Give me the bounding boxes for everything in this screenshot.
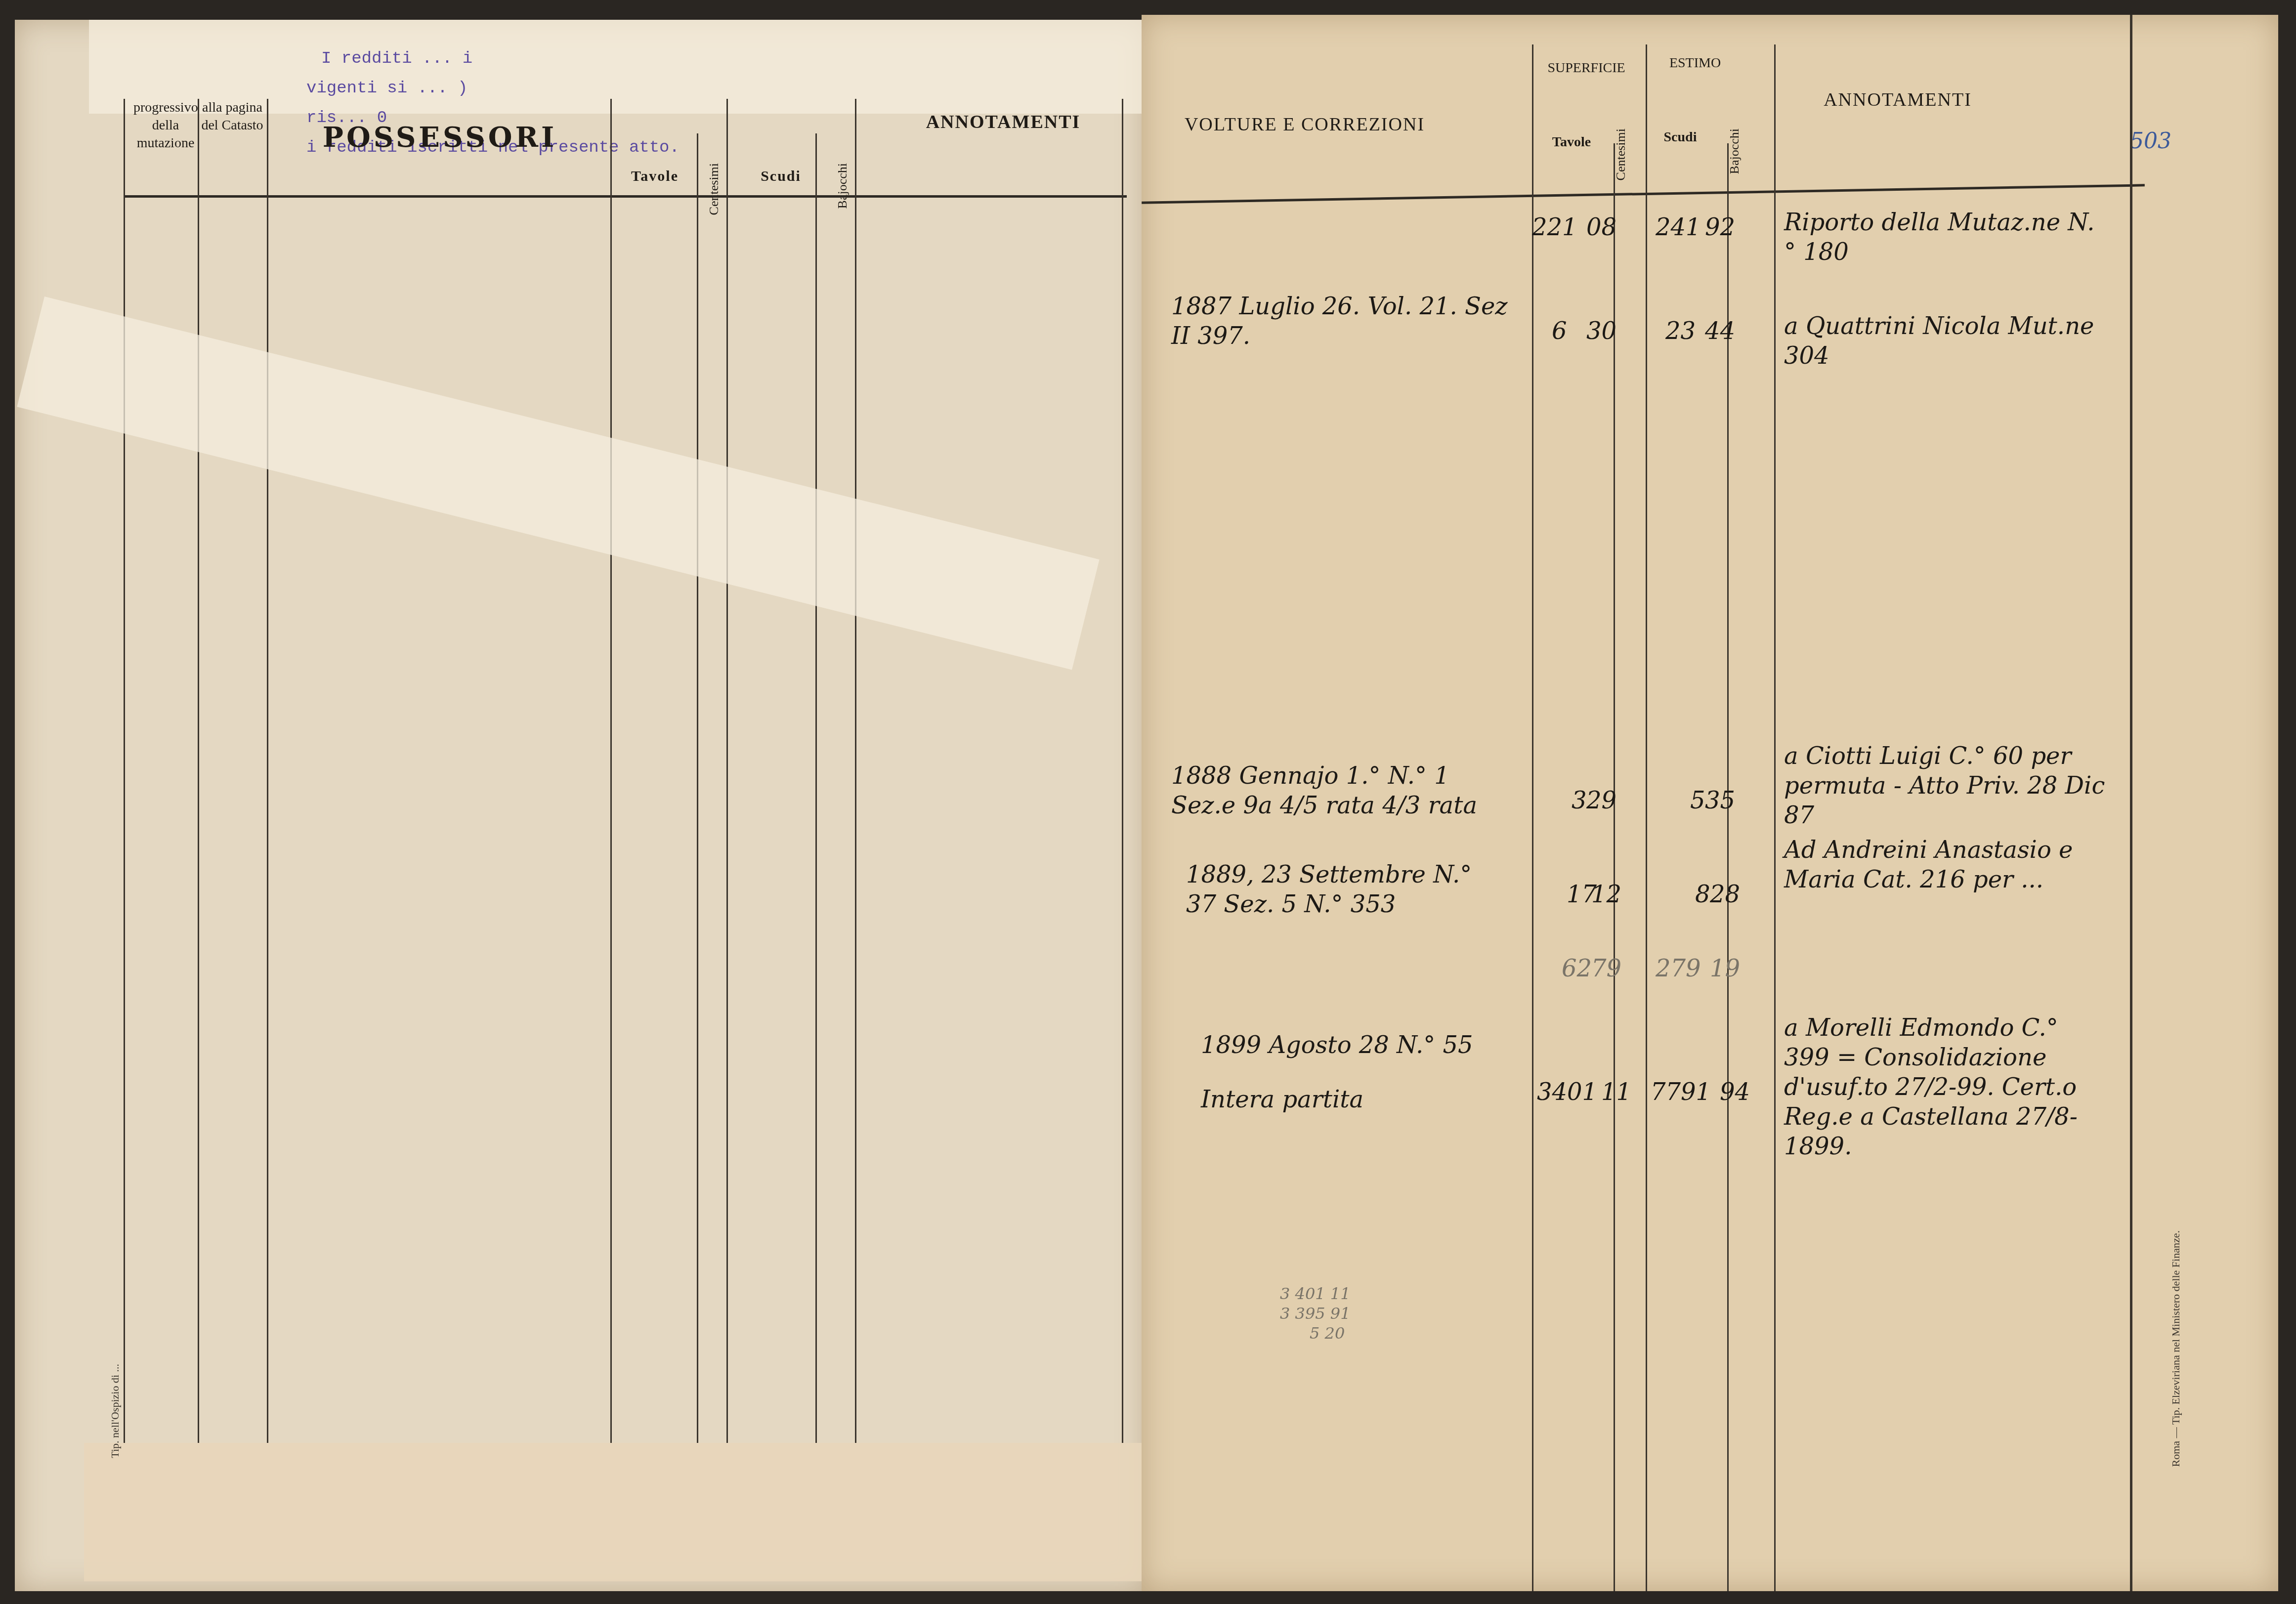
entry-4-centesimi: 79 [1591, 954, 1621, 983]
column-divider [267, 99, 268, 1443]
column-divider [1614, 143, 1615, 1591]
printer-note-left: Tip. nell'Ospizio di ... [109, 1364, 122, 1458]
entry-1-annotamenti: a Quattrini Nicola Mut.ne 304 [1784, 311, 2105, 371]
column-divider [1532, 44, 1533, 1591]
entry-0-tavole: 221 [1532, 212, 1577, 242]
header-tavole-right: Tavole [1537, 133, 1606, 151]
column-divider [855, 99, 856, 1443]
entry-1-scudi: 23 [1665, 316, 1696, 346]
header-scudi: Scudi [736, 168, 825, 185]
header-progressivo: progressivo della mutazione [133, 99, 198, 152]
entry-5-scudi: 7791 [1651, 1077, 1711, 1107]
entry-3-annotamenti: Ad Andreini Anastasio e Maria Cat. 216 p… [1784, 835, 2105, 894]
entry-3-bajocchi: 28 [1710, 880, 1740, 909]
header-superficie: SUPERFICIE [1537, 59, 1636, 77]
entry-2-volture: 1888 Gennajo 1.° N.° 1 Sez.e 9a 4/5 rata… [1171, 761, 1517, 820]
entry-3-scudi: 8 [1695, 880, 1710, 909]
header-centesimi-right: Centesimi [1614, 128, 1628, 180]
column-divider [1774, 44, 1776, 1591]
entry-3-centesimi: 12 [1591, 880, 1621, 909]
entry-0-annotamenti: Riporto della Mutaz.ne N.° 180 [1784, 208, 2105, 267]
column-divider [726, 99, 728, 1443]
entry-0-centesimi: 08 [1586, 212, 1616, 242]
header-annotamenti-left: ANNOTAMENTI [880, 111, 1127, 133]
column-divider [1122, 99, 1123, 1443]
entry-5-volture: 1899 Agosto 28 N.° 55 Intera partita [1201, 1018, 1497, 1127]
entry-5-centesimi: 11 [1601, 1077, 1631, 1107]
header-scudi-right: Scudi [1646, 128, 1715, 146]
column-divider [124, 99, 125, 1443]
header-bajocchi-right: Bajocchi [1727, 128, 1742, 174]
entry-4-bajocchi: 19 [1710, 954, 1740, 983]
stamp-line-2: vigenti si ... ) [306, 79, 468, 98]
header-annotamenti-right: ANNOTAMENTI [1799, 89, 1997, 111]
entry-2-centesimi: 29 [1586, 786, 1616, 815]
entry-1-volture: 1887 Luglio 26. Vol. 21. Sez II 397. [1171, 292, 1517, 351]
header-possessori: POSSESSORI [277, 121, 603, 154]
pencil-calc-1: 3 401 11 [1280, 1285, 1351, 1303]
column-divider [198, 99, 199, 1443]
header-pagina-catasto: alla pagina del Catasto [200, 99, 264, 134]
entry-2-scudi: 5 [1690, 786, 1705, 815]
header-rule [1142, 184, 2145, 204]
entry-4-tavole: 62 [1562, 954, 1592, 983]
left-page: I redditi ... i vigenti si ... ) ris... … [15, 20, 1147, 1591]
header-estimo: ESTIMO [1651, 54, 1740, 72]
entry-2-bajocchi: 35 [1705, 786, 1735, 815]
entry-5-tavole: 3401 [1537, 1077, 1597, 1107]
page-number: 503 [2130, 128, 2171, 154]
right-page: VOLTURE E CORREZIONI SUPERFICIE ESTIMO T… [1142, 15, 2278, 1591]
header-tavole: Tavole [618, 168, 692, 185]
column-divider [1727, 143, 1729, 1591]
column-divider [610, 99, 612, 1443]
stamp-line-1: I redditi ... i [321, 49, 472, 68]
pencil-calc-2: 3 395 91 [1280, 1305, 1351, 1322]
entry-5-bajocchi: 94 [1720, 1077, 1750, 1107]
header-rule [124, 195, 1127, 198]
entry-3-volture: 1889, 23 Settembre N.° 37 Sez. 5 N.° 353 [1186, 860, 1507, 919]
entry-0-scudi: 241 [1656, 212, 1701, 242]
paper-tape-bottom [84, 1443, 1147, 1581]
column-divider [815, 133, 817, 1443]
column-divider [1646, 44, 1647, 1591]
printer-note-right: Roma — Tip. Elzeviriana nel Ministero de… [2169, 1230, 2182, 1467]
entry-2-annotamenti: a Ciotti Luigi C.° 60 per permuta - Atto… [1784, 741, 2105, 830]
entry-1-tavole: 6 [1552, 316, 1567, 346]
header-volture: VOLTURE E CORREZIONI [1181, 114, 1428, 135]
column-divider [697, 133, 698, 1443]
entry-1-centesimi: 30 [1586, 316, 1616, 346]
entry-2-tavole: 3 [1572, 786, 1587, 815]
entry-1-bajocchi: 44 [1705, 316, 1735, 346]
header-bajocchi: Bajocchi [835, 163, 850, 209]
column-divider [2130, 15, 2132, 1591]
entry-0-bajocchi: 92 [1705, 212, 1735, 242]
paper-tape-diagonal [17, 296, 1099, 670]
entry-4-scudi: 279 [1656, 954, 1701, 983]
header-centesimi: Centesimi [707, 163, 722, 215]
pencil-calc-3: 5 20 [1310, 1324, 1345, 1342]
entry-5-annotamenti: a Morelli Edmondo C.° 399 = Consolidazio… [1784, 1013, 2105, 1161]
